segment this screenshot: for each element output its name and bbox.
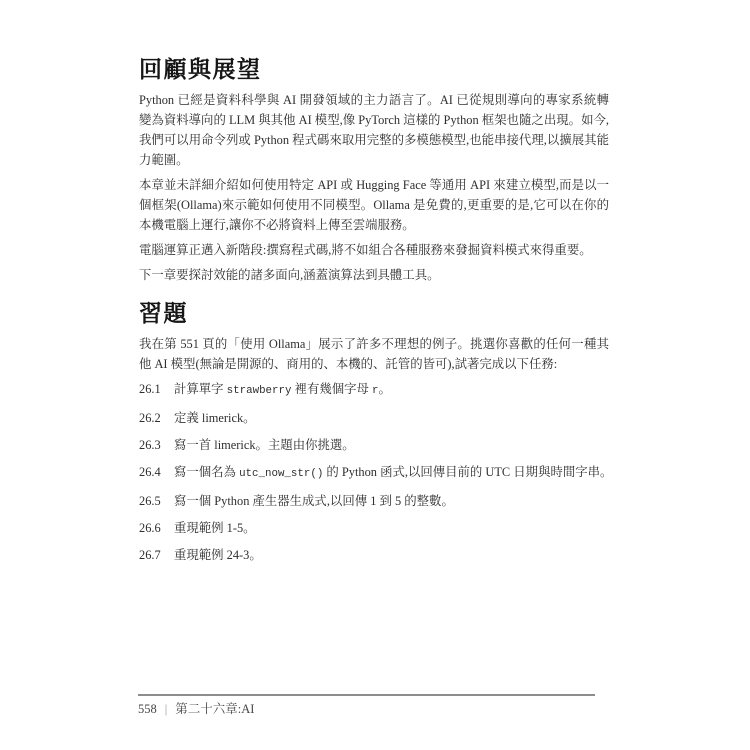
inline-code: r (372, 385, 378, 397)
section-title-exercises: 習題 (139, 299, 609, 327)
exercise-number: 26.1 (139, 379, 174, 399)
exercise-text: 寫一個名為 utc_now_str() 的 Python 函式,以回傳目前的 U… (174, 462, 612, 484)
exercise-text: 寫一個 Python 產生器生成式,以回傳 1 到 5 的整數。 (174, 491, 454, 511)
page-content: 回顧與展望 Python 已經是資料科學與 AI 開發領域的主力語言了。AI 已… (139, 55, 609, 572)
exercise-number: 26.3 (139, 435, 174, 455)
paragraph: 電腦運算正邁入新階段:撰寫程式碼,將不如組合各種服務來發掘資料模式來得重要。 (139, 240, 609, 260)
exercise-text: 重現範例 1-5。 (174, 518, 256, 538)
exercise-item: 26.1計算單字 strawberry 裡有幾個字母 r。 (139, 379, 609, 401)
exercise-text: 計算單字 strawberry 裡有幾個字母 r。 (174, 379, 391, 401)
exercises-intro: 我在第 551 頁的「使用 Ollama」展示了許多不理想的例子。挑選你喜歡的任… (139, 334, 609, 374)
book-page: 回顧與展望 Python 已經是資料科學與 AI 開發領域的主力語言了。AI 已… (0, 0, 750, 750)
exercise-number: 26.2 (139, 408, 174, 428)
exercise-number: 26.6 (139, 518, 174, 538)
exercise-item: 26.7重現範例 24-3。 (139, 545, 609, 565)
paragraph: Python 已經是資料科學與 AI 開發領域的主力語言了。AI 已從規則導向的… (139, 90, 609, 170)
exercise-item: 26.5寫一個 Python 產生器生成式,以回傳 1 到 5 的整數。 (139, 491, 609, 511)
exercise-item: 26.6重現範例 1-5。 (139, 518, 609, 538)
exercise-list: 26.1計算單字 strawberry 裡有幾個字母 r。26.2定義 lime… (139, 379, 609, 565)
footer-separator: | (165, 702, 168, 716)
chapter-label: 第二十六章:AI (175, 702, 254, 716)
inline-code: strawberry (227, 385, 292, 397)
paragraph: 本章並未詳細介紹如何使用特定 API 或 Hugging Face 等通用 AP… (139, 175, 609, 235)
exercise-text: 重現範例 24-3。 (174, 545, 262, 565)
section-title-review: 回顧與展望 (139, 55, 609, 83)
page-footer: 558|第二十六章:AI (138, 694, 595, 717)
exercise-item: 26.2定義 limerick。 (139, 408, 609, 428)
exercise-text: 定義 limerick。 (174, 408, 256, 428)
exercise-number: 26.4 (139, 462, 174, 482)
paragraph: 下一章要探討效能的諸多面向,涵蓋演算法到具體工具。 (139, 265, 609, 285)
exercise-item: 26.4寫一個名為 utc_now_str() 的 Python 函式,以回傳目… (139, 462, 609, 484)
exercise-text: 寫一首 limerick。主題由你挑選。 (174, 435, 355, 455)
inline-code: utc_now_str() (239, 468, 323, 480)
exercise-number: 26.7 (139, 545, 174, 565)
review-paragraphs: Python 已經是資料科學與 AI 開發領域的主力語言了。AI 已從規則導向的… (139, 90, 609, 285)
exercise-item: 26.3寫一首 limerick。主題由你挑選。 (139, 435, 609, 455)
page-number: 558 (138, 702, 157, 716)
exercise-number: 26.5 (139, 491, 174, 511)
